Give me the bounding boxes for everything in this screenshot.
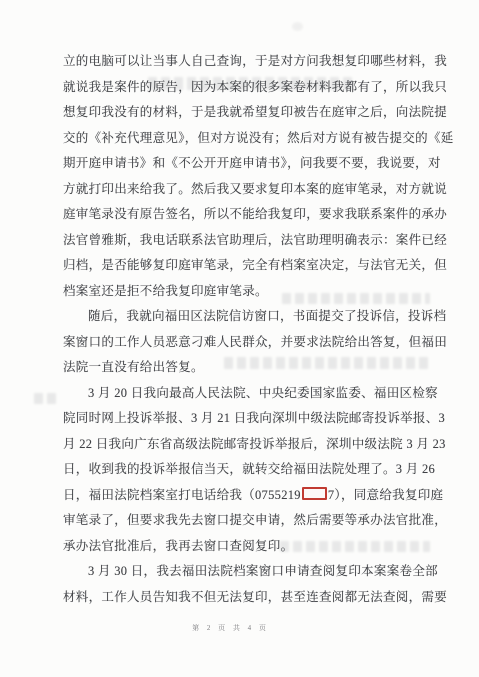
text-line: 月 22 日我向广东省高级法院邮寄投诉举报后，深圳中级法院 3 月 23 — [63, 432, 421, 458]
text-line: 日，收到我的投诉举报信当天，就转交给福田法院处理了。3 月 26 — [63, 457, 421, 483]
text-line: 方就打印出来给我了。然后我又要求复印本案的庭审笔录，对方就说 — [63, 177, 421, 203]
text-line: 材料，工作人员告知我不但无法复印，甚至连查阅都无法查阅，需要 — [63, 585, 421, 611]
text-line: 交的《补充代理意见》，但对方说没有；然后对方说有被告提交的《延 — [63, 126, 421, 152]
text-line: 法官曾雅斯，我电话联系法官助理后，法官助理明确表示：案件已经 — [63, 228, 421, 254]
bleed-through-artifact — [34, 393, 60, 404]
text-line: 期开庭申请书》和《不公开开庭申请书》，问我要不要，我说要，对 — [63, 151, 421, 177]
text-line: 案窗口的工作人员恶意刁难人民群众，并要求法院给出答复，但福田 — [63, 330, 421, 356]
scanned-page: 立的电脑可以让当事人自己查询，于是对方问我想复印哪些材料，我就说我是案件的原告，… — [0, 0, 479, 677]
text-line: 随后，我就向福田区法院信访窗口，书面提交了投诉信，投诉档 — [63, 304, 421, 330]
text-line: 立的电脑可以让当事人自己查询，于是对方问我想复印哪些材料，我 — [63, 49, 421, 75]
text-line: 归档，是否能够复印庭审笔录，完全有档案室决定，与法官无关，但 — [63, 253, 421, 279]
text-line: 3 月 20 日我向最高人民法院、中央纪委国家监委、福田区检察 — [63, 381, 421, 407]
page-footer: 第 2 页 共 4 页 — [0, 623, 461, 633]
text-line: 档案室还是拒不给我复印庭审笔录。 — [63, 279, 421, 305]
text-line: 就说我是案件的原告，因为本案的很多案卷材料我都有了，所以我只 — [63, 75, 421, 101]
text-line: 日，福田法院档案室打电话给我（07552197），同意给我复印庭 — [63, 483, 421, 509]
paper-smudge — [292, 22, 303, 31]
text-line: 承办法官批准后，我再去窗口查阅复印。 — [63, 534, 421, 560]
text-line: 院同时网上投诉举报、3 月 21 日我向深圳中级法院邮寄投诉举报、3 — [63, 406, 421, 432]
text-line: 3 月 30 日，我去福田法院档案窗口申请查阅复印本案案卷全部 — [63, 559, 421, 585]
redaction-box — [302, 487, 327, 500]
text-line: 想复印我没有的材料，于是我就希望复印被告在庭审之后，向法院提 — [63, 100, 421, 126]
text-line: 庭审笔录没有原告签名，所以不能给我复印，要求我联系案件的承办 — [63, 202, 421, 228]
text-line: 法院一直没有给出答复。 — [63, 355, 421, 381]
document-body: 立的电脑可以让当事人自己查询，于是对方问我想复印哪些材料，我就说我是案件的原告，… — [63, 49, 421, 610]
text-line: 审笔录了，但要求我先去窗口提交申请，然后需要等承办法官批准， — [63, 508, 421, 534]
